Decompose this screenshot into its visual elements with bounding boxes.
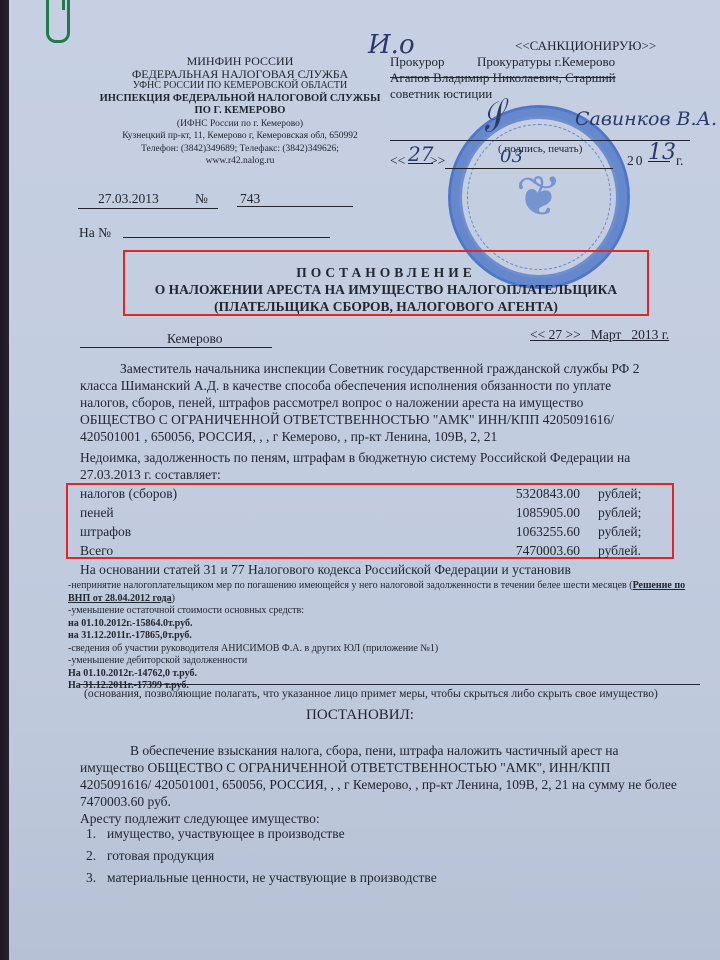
paperclip-icon (46, 0, 70, 43)
sanction-year: 13 (648, 144, 670, 162)
resolved-paragraph: В обеспечение взыскания налога, сбора, п… (80, 742, 710, 827)
prosecutor-label: Прокурор (390, 54, 445, 69)
debts-table: налогов (сборов) 5320843.00 рублей; пене… (80, 484, 670, 560)
debt-row: пеней 1085905.00 рублей; (80, 503, 670, 522)
issuer-phones: Телефон: (3842)349689; Телефакс: (3842)3… (85, 143, 395, 156)
sanction-title: <<САНКЦИОНИРУЮ>> (390, 38, 710, 54)
regional-office: УФНС РОССИИ ПО КЕМЕРОВСКОЙ ОБЛАСТИ (85, 80, 395, 93)
debt-row: налогов (сборов) 5320843.00 рублей; (80, 484, 670, 503)
property-item: 3.материальные ценности, не участвующие … (86, 869, 437, 891)
number-label: № (195, 190, 208, 207)
ministry-name: МИНФИН РОССИИ (85, 55, 395, 68)
resolved-heading: ПОСТАНОВИЛ: (0, 707, 720, 724)
prosecutor-rank: советник юстиции (390, 86, 710, 102)
debt-total-row: Всего 7470003.60 рублей. (80, 541, 670, 560)
property-item: 2.готовая продукция (86, 847, 437, 869)
handwritten-signature-name: Савинков В.А. (575, 108, 717, 130)
service-name: ФЕДЕРАЛЬНАЯ НАЛОГОВАЯ СЛУЖБА (85, 68, 395, 81)
place: Кемерово (167, 330, 223, 347)
sanction-month: 03 (500, 148, 523, 165)
document-type: ПОСТАНОВЛЕНИЕ (125, 264, 647, 281)
ground-item: -сведения об участии руководителя АНИСИМ… (68, 643, 708, 656)
reply-number-label: На № (79, 224, 111, 241)
issuer-address: Кузнецкий пр-кт, 11, Кемерово г, Кемеров… (85, 130, 395, 143)
ground-item: -уменьшение дебиторской задолженности (68, 655, 708, 668)
intro-paragraph: Заместитель начальника инспекции Советни… (80, 360, 710, 445)
struck-name: Агапов Владимир Николаевич, Старший (390, 70, 710, 86)
debt-intro: Недоимка, задолженность по пеням, штрафа… (80, 449, 710, 483)
grounds-caption: (основания, позволяющие полагать, что ук… (84, 688, 658, 700)
sanction-date: << 27 >> 03 20 13 г. (390, 148, 710, 172)
issuer-website: www.r42.nalog.ru (85, 155, 395, 168)
issuer-header: МИНФИН РОССИИ ФЕДЕРАЛЬНАЯ НАЛОГОВАЯ СЛУЖ… (85, 55, 395, 168)
grounds-intro: На основании статей 31 и 77 Налогового к… (80, 561, 571, 578)
grounds-list: -непринятие налогоплательщиком мер по по… (68, 580, 708, 693)
coat-of-arms-icon: ❦ (516, 165, 563, 230)
sanction-block: <<САНКЦИОНИРУЮ>> Прокурор Прокуратуры г.… (390, 38, 710, 102)
registration-date: 27.03.2013 (98, 190, 159, 207)
ground-item: -уменьшение остаточной стоимости основны… (68, 605, 708, 618)
property-list: 1.имущество, участвующее в производстве … (86, 825, 437, 891)
registration-number: 743 (240, 190, 260, 207)
inspection-name: ИНСПЕКЦИЯ ФЕДЕРАЛЬНОЙ НАЛОГОВОЙ СЛУЖБЫ (85, 93, 395, 106)
document-title-box: ПОСТАНОВЛЕНИЕ О НАЛОЖЕНИИ АРЕСТА НА ИМУЩ… (123, 250, 649, 316)
debt-row: штрафов 1063255.60 рублей; (80, 522, 670, 541)
prosecutor-office: Прокуратуры г.Кемерово (477, 54, 615, 69)
inspection-short: (ИФНС России по г. Кемерово) (85, 118, 395, 131)
signature-line (390, 140, 690, 141)
property-item: 1.имущество, участвующее в производстве (86, 825, 437, 847)
ground-item: -непринятие налогоплательщиком мер по по… (68, 580, 708, 593)
inspection-city: ПО Г. КЕМЕРОВО (85, 105, 395, 118)
decision-date: << 27 >> Март 2013 г. (530, 326, 669, 343)
document-subject-detail: (ПЛАТЕЛЬЩИКА СБОРОВ, НАЛОГОВОГО АГЕНТА) (125, 298, 647, 315)
prosecutor-line: Прокурор Прокуратуры г.Кемерово (390, 54, 710, 70)
paperclip-wire (62, 0, 65, 10)
document-subject: О НАЛОЖЕНИИ АРЕСТА НА ИМУЩЕСТВО НАЛОГОПЛ… (125, 281, 647, 298)
